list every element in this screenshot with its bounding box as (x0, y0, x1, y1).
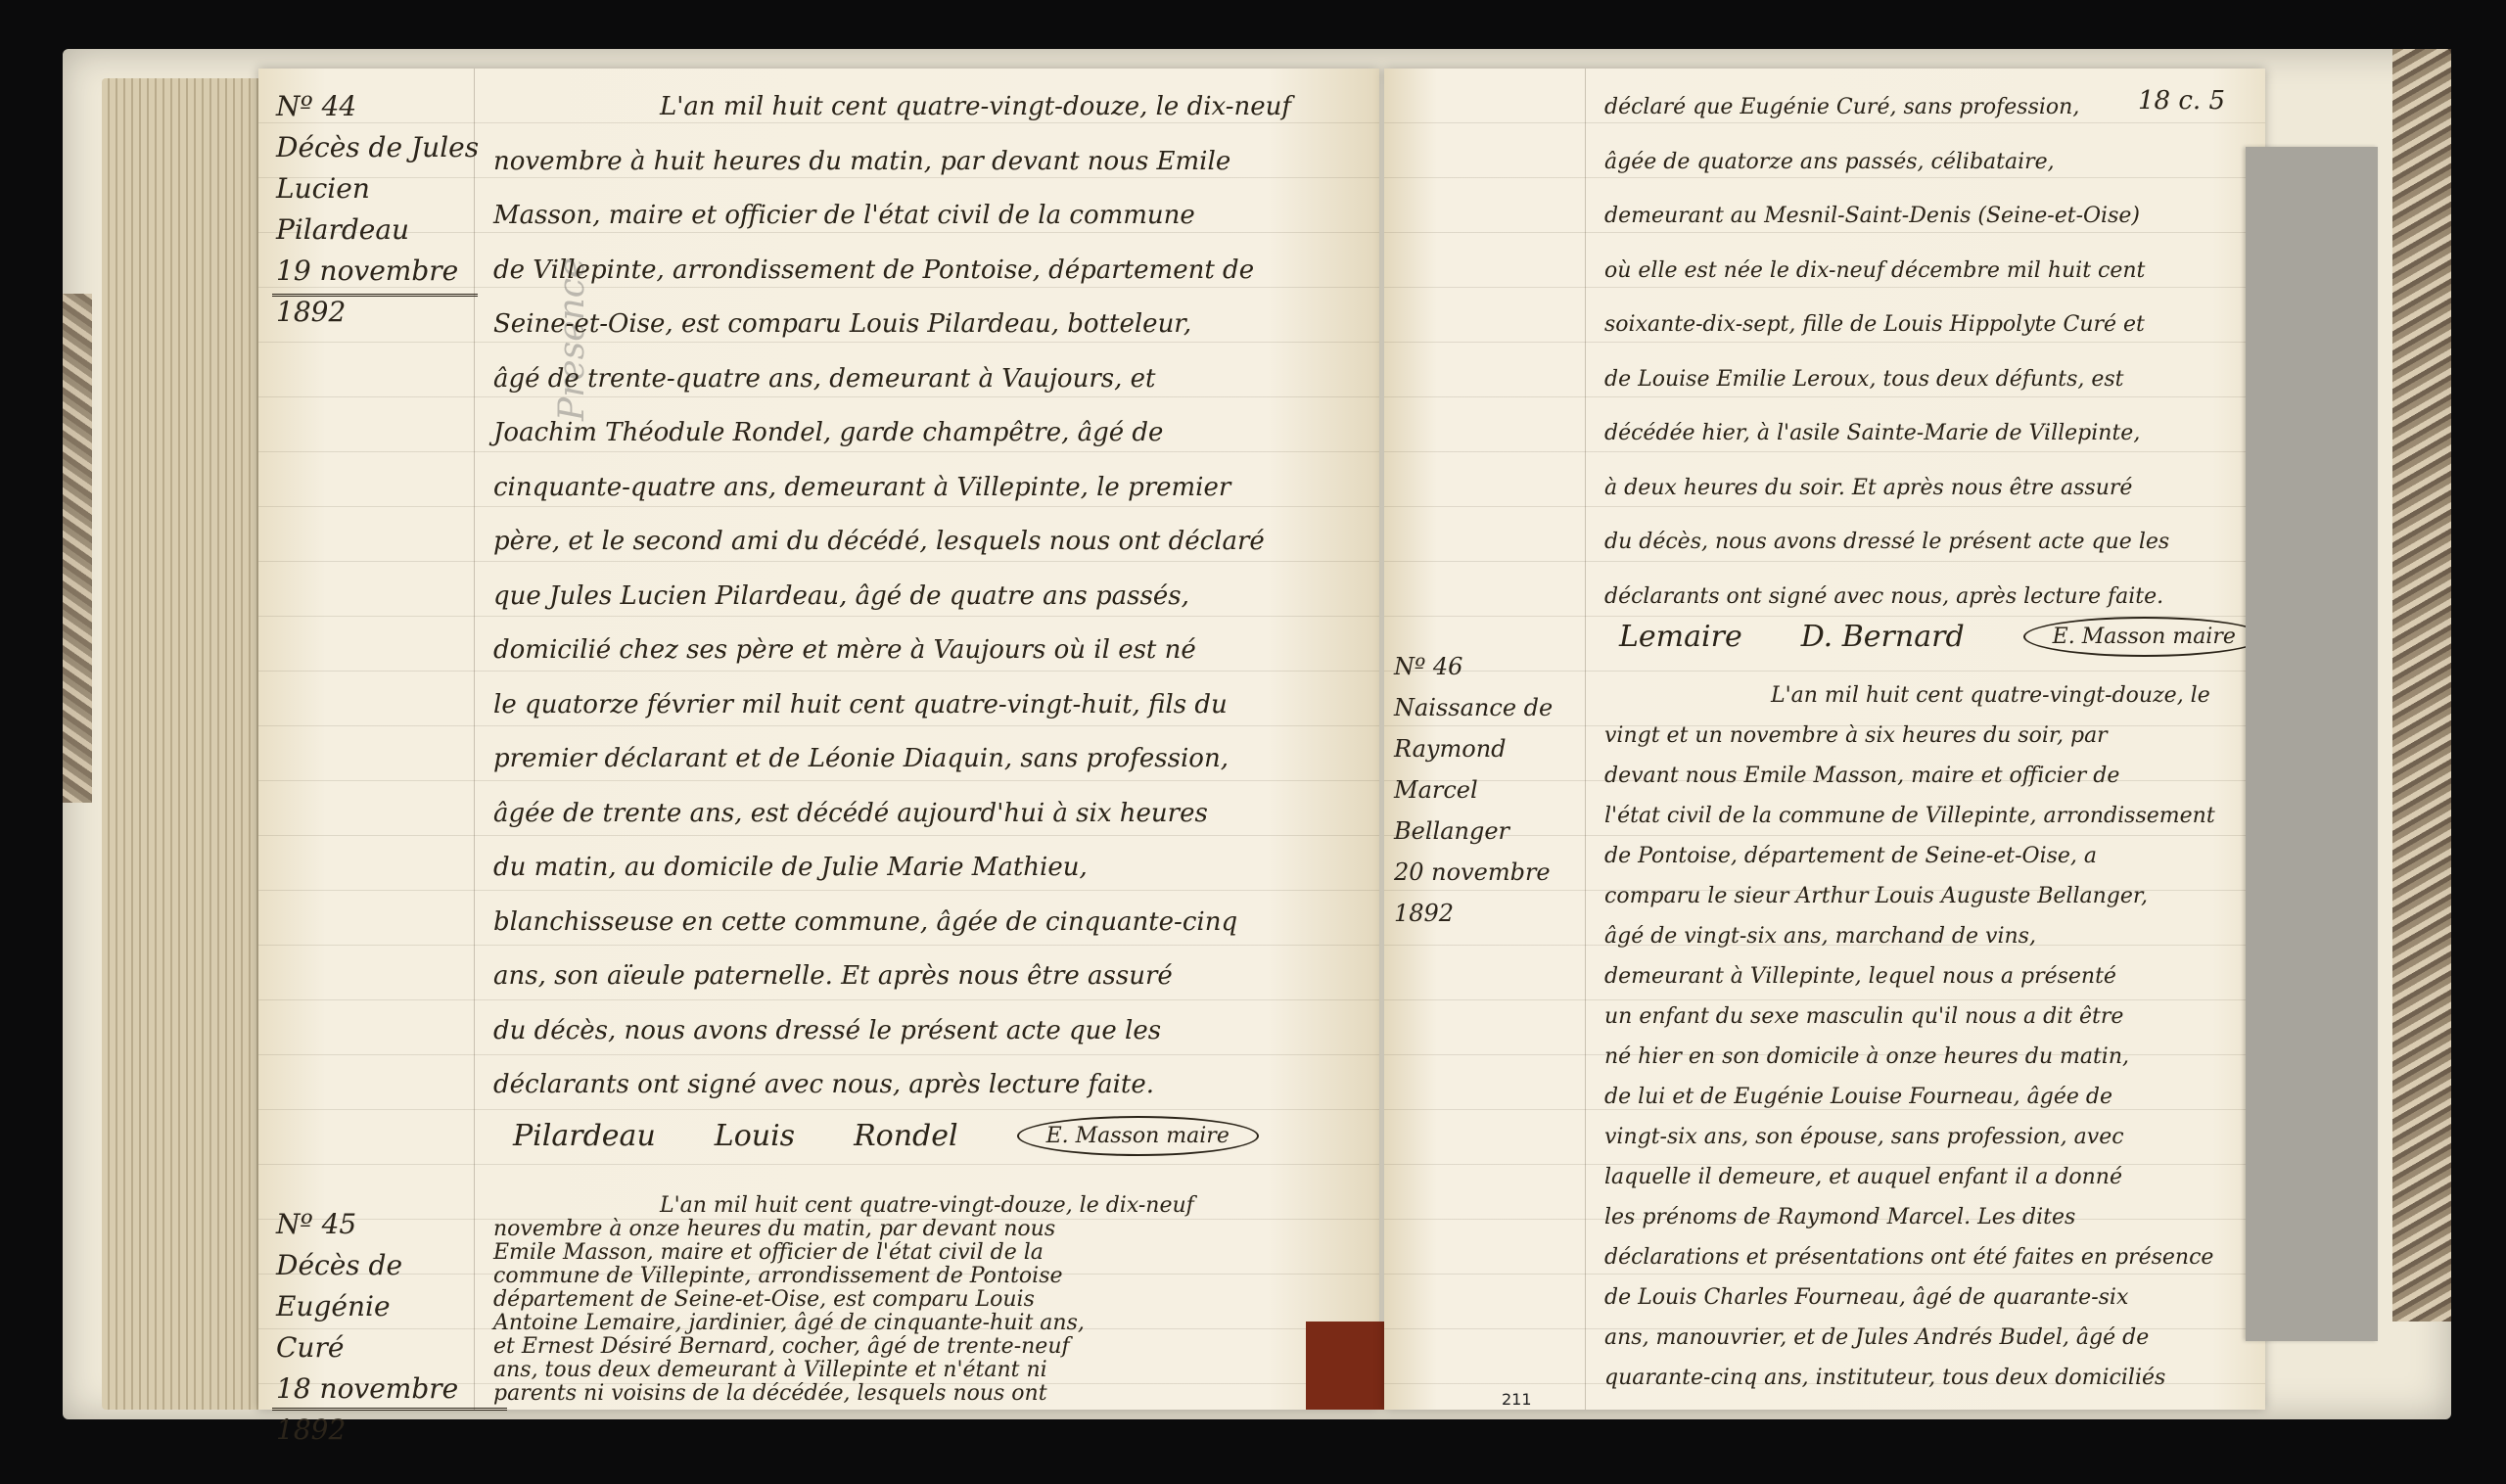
body-line: un enfant du sexe masculin qu'il nous a … (1604, 997, 2251, 1037)
body-line: devant nous Emile Masson, maire et offic… (1604, 756, 2251, 796)
entry-number: Nº 46 (1394, 646, 1590, 687)
body-line: et Ernest Désiré Bernard, cocher, âgé de… (493, 1335, 1365, 1359)
body-line: quarante-cinq ans, instituteur, tous deu… (1604, 1358, 2251, 1398)
body-line: département de Seine-et-Oise, est compar… (493, 1288, 1365, 1312)
body-line: ans, son aïeule paternelle. Et après nou… (493, 950, 1365, 1004)
body-line: déclaré que Eugénie Curé, sans professio… (1604, 80, 2251, 135)
entry-45-body: L'an mil huit cent quatre-vingt-douze, l… (493, 1194, 1365, 1406)
open-register-book: Presence Nº 44 Décès de Jules Lucien Pil… (63, 49, 2451, 1419)
body-line: que Jules Lucien Pilardeau, âgé de quatr… (493, 570, 1365, 625)
entry-divider (272, 294, 478, 297)
margin-line: Décès de Eugénie (276, 1245, 482, 1327)
body-line: ans, manouvrier, et de Jules Andrés Bude… (1604, 1318, 2251, 1358)
entry-44-body: L'an mil huit cent quatre-vingt-douze, l… (493, 80, 1365, 1113)
body-line: parents ni voisins de la décédée, lesque… (493, 1382, 1365, 1406)
body-line: Emile Masson, maire et officier de l'éta… (493, 1241, 1365, 1265)
entry-45-continuation: déclaré que Eugénie Curé, sans professio… (1604, 80, 2251, 624)
body-line: L'an mil huit cent quatre-vingt-douze, l… (1604, 675, 2251, 716)
body-line: de lui et de Eugénie Louise Fourneau, âg… (1604, 1077, 2251, 1117)
body-line: où elle est née le dix-neuf décembre mil… (1604, 244, 2251, 299)
body-line: à deux heures du soir. Et après nous êtr… (1604, 461, 2251, 516)
marbled-edge-right (2392, 49, 2451, 1322)
body-line: L'an mil huit cent quatre-vingt-douze, l… (493, 1194, 1365, 1218)
margin-line: Marcel Bellanger (1394, 769, 1590, 852)
body-line: domicilié chez ses père et mère à Vaujou… (493, 624, 1365, 678)
body-line: comparu le sieur Arthur Louis Auguste Be… (1604, 876, 2251, 916)
body-line: premier déclarant et de Léonie Diaquin, … (493, 732, 1365, 787)
entry-45-signatures: Lemaire D. Bernard E. Masson maire (1619, 617, 2265, 657)
body-line: Seine-et-Oise, est comparu Louis Pilarde… (493, 298, 1365, 352)
body-line: Joachim Théodule Rondel, garde champêtre… (493, 406, 1365, 461)
body-line: âgé de trente-quatre ans, demeurant à Va… (493, 352, 1365, 407)
body-line: âgée de trente ans, est décédé aujourd'h… (493, 787, 1365, 842)
body-line: soixante-dix-sept, fille de Louis Hippol… (1604, 298, 2251, 352)
entry-divider (272, 1408, 507, 1411)
body-line: né hier en son domicile à onze heures du… (1604, 1037, 2251, 1077)
body-line: demeurant à Villepinte, lequel nous a pr… (1604, 956, 2251, 997)
body-line: père, et le second ami du décédé, lesque… (493, 515, 1365, 570)
body-line: de Pontoise, département de Seine-et-Ois… (1604, 836, 2251, 876)
body-line: commune de Villepinte, arrondissement de… (493, 1265, 1365, 1288)
body-line: le quatorze février mil huit cent quatre… (493, 678, 1365, 733)
margin-line: Naissance de Raymond (1394, 687, 1590, 769)
body-line: laquelle il demeure, et auquel enfant il… (1604, 1157, 2251, 1197)
entry-number: Nº 45 (276, 1204, 482, 1245)
body-line: L'an mil huit cent quatre-vingt-douze, l… (493, 80, 1365, 135)
signature: Lemaire (1619, 620, 1742, 654)
body-line: de Villepinte, arrondissement de Pontois… (493, 244, 1365, 299)
mayor-signature: E. Masson maire (1017, 1116, 1259, 1156)
entry-46-body: L'an mil huit cent quatre-vingt-douze, l… (1604, 675, 2251, 1398)
body-line: cinquante-quatre ans, demeurant à Villep… (493, 461, 1365, 516)
entry-44-signatures: Pilardeau Louis Rondel E. Masson maire (513, 1116, 1259, 1156)
signature: Pilardeau (513, 1119, 656, 1153)
page-number-right: 211 (1502, 1390, 1532, 1409)
margin-line: 20 novembre 1892 (1394, 852, 1590, 934)
marbled-edge-left (63, 294, 92, 803)
body-line: Antoine Lemaire, jardinier, âgé de cinqu… (493, 1312, 1365, 1335)
signature: Louis (715, 1119, 795, 1153)
body-line: blanchisseuse en cette commune, âgée de … (493, 896, 1365, 951)
body-line: demeurant au Mesnil-Saint-Denis (Seine-e… (1604, 189, 2251, 244)
signature: Rondel (854, 1119, 958, 1153)
body-line: de Louise Emilie Leroux, tous deux défun… (1604, 352, 2251, 407)
body-line: les prénoms de Raymond Marcel. Les dites (1604, 1197, 2251, 1237)
body-line: du matin, au domicile de Julie Marie Mat… (493, 841, 1365, 896)
body-line: âgé de vingt-six ans, marchand de vins, (1604, 916, 2251, 956)
body-line: l'état civil de la commune de Villepinte… (1604, 796, 2251, 836)
entry-45-margin: Nº 45 Décès de Eugénie Curé 18 novembre … (276, 1204, 482, 1451)
body-line: ans, tous deux demeurant à Villepinte et… (493, 1359, 1365, 1382)
left-page: Presence Nº 44 Décès de Jules Lucien Pil… (258, 69, 1379, 1410)
body-line: déclarants ont signé avec nous, après le… (1604, 570, 2251, 625)
body-line: vingt-six ans, son épouse, sans professi… (1604, 1117, 2251, 1157)
right-page: 18 c. 5 déclaré que Eugénie Curé, sans p… (1384, 69, 2265, 1410)
signature: D. Bernard (1801, 620, 1965, 654)
margin-line: Décès de Jules (276, 127, 482, 168)
entry-number: Nº 44 (276, 86, 482, 127)
margin-line: Lucien Pilardeau (276, 168, 482, 251)
body-line: âgée de quatorze ans passés, célibataire… (1604, 135, 2251, 190)
grey-paper-insert (2246, 147, 2378, 1341)
margin-line: 19 novembre 1892 (276, 251, 482, 333)
body-line: Masson, maire et officier de l'état civi… (493, 189, 1365, 244)
margin-line: Curé (276, 1327, 482, 1368)
body-line: du décès, nous avons dressé le présent a… (493, 1004, 1365, 1059)
body-line: déclarations et présentations ont été fa… (1604, 1237, 2251, 1277)
body-line: vingt et un novembre à six heures du soi… (1604, 716, 2251, 756)
body-line: novembre à onze heures du matin, par dev… (493, 1218, 1365, 1241)
body-line: de Louis Charles Fourneau, âgé de quaran… (1604, 1277, 2251, 1318)
body-line: du décès, nous avons dressé le présent a… (1604, 515, 2251, 570)
body-line: déclarants ont signé avec nous, après le… (493, 1058, 1365, 1113)
mayor-signature: E. Masson maire (2023, 617, 2265, 657)
entry-46-margin: Nº 46 Naissance de Raymond Marcel Bellan… (1394, 646, 1590, 934)
body-line: novembre à huit heures du matin, par dev… (493, 135, 1365, 190)
body-line: décédée hier, à l'asile Sainte-Marie de … (1604, 406, 2251, 461)
